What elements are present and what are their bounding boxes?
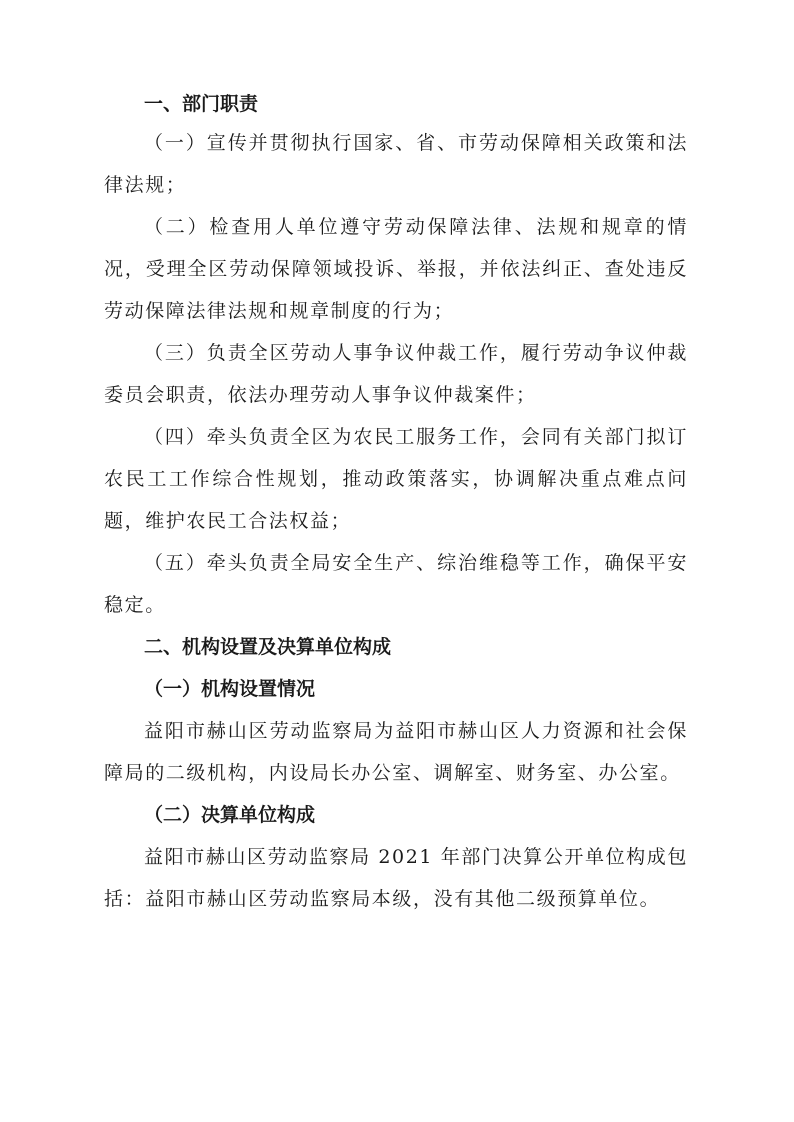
duty-paragraph-4: （四）牵头负责全区为农民工服务工作，会同有关部门拟订农民工工作综合性规划，推动政… bbox=[104, 416, 688, 542]
duty-paragraph-2: （二）检查用人单位遵守劳动保障法律、法规和规章的情况，受理全区劳动保障领域投诉、… bbox=[104, 206, 688, 332]
document-page: 一、部门职责 （一）宣传并贯彻执行国家、省、市劳动保障相关政策和法律法规； （二… bbox=[104, 86, 688, 920]
duty-paragraph-3: （三）负责全区劳动人事争议仲裁工作，履行劳动争议仲裁委员会职责，依法办理劳动人事… bbox=[104, 332, 688, 416]
setup-paragraph: 益阳市赫山区劳动监察局为益阳市赫山区人力资源和社会保障局的二级机构，内设局长办公… bbox=[104, 710, 688, 794]
duty-paragraph-5: （五）牵头负责全局安全生产、综治维稳等工作，确保平安稳定。 bbox=[104, 542, 688, 626]
section-heading-duties: 一、部门职责 bbox=[104, 86, 688, 122]
duty-paragraph-1: （一）宣传并贯彻执行国家、省、市劳动保障相关政策和法律法规； bbox=[104, 122, 688, 206]
units-paragraph: 益阳市赫山区劳动监察局 2021 年部门决算公开单位构成包括：益阳市赫山区劳动监… bbox=[104, 836, 688, 920]
subsection-heading-units: （二）决算单位构成 bbox=[104, 794, 688, 836]
section-heading-organization: 二、机构设置及决算单位构成 bbox=[104, 626, 688, 668]
subsection-heading-setup: （一）机构设置情况 bbox=[104, 668, 688, 710]
